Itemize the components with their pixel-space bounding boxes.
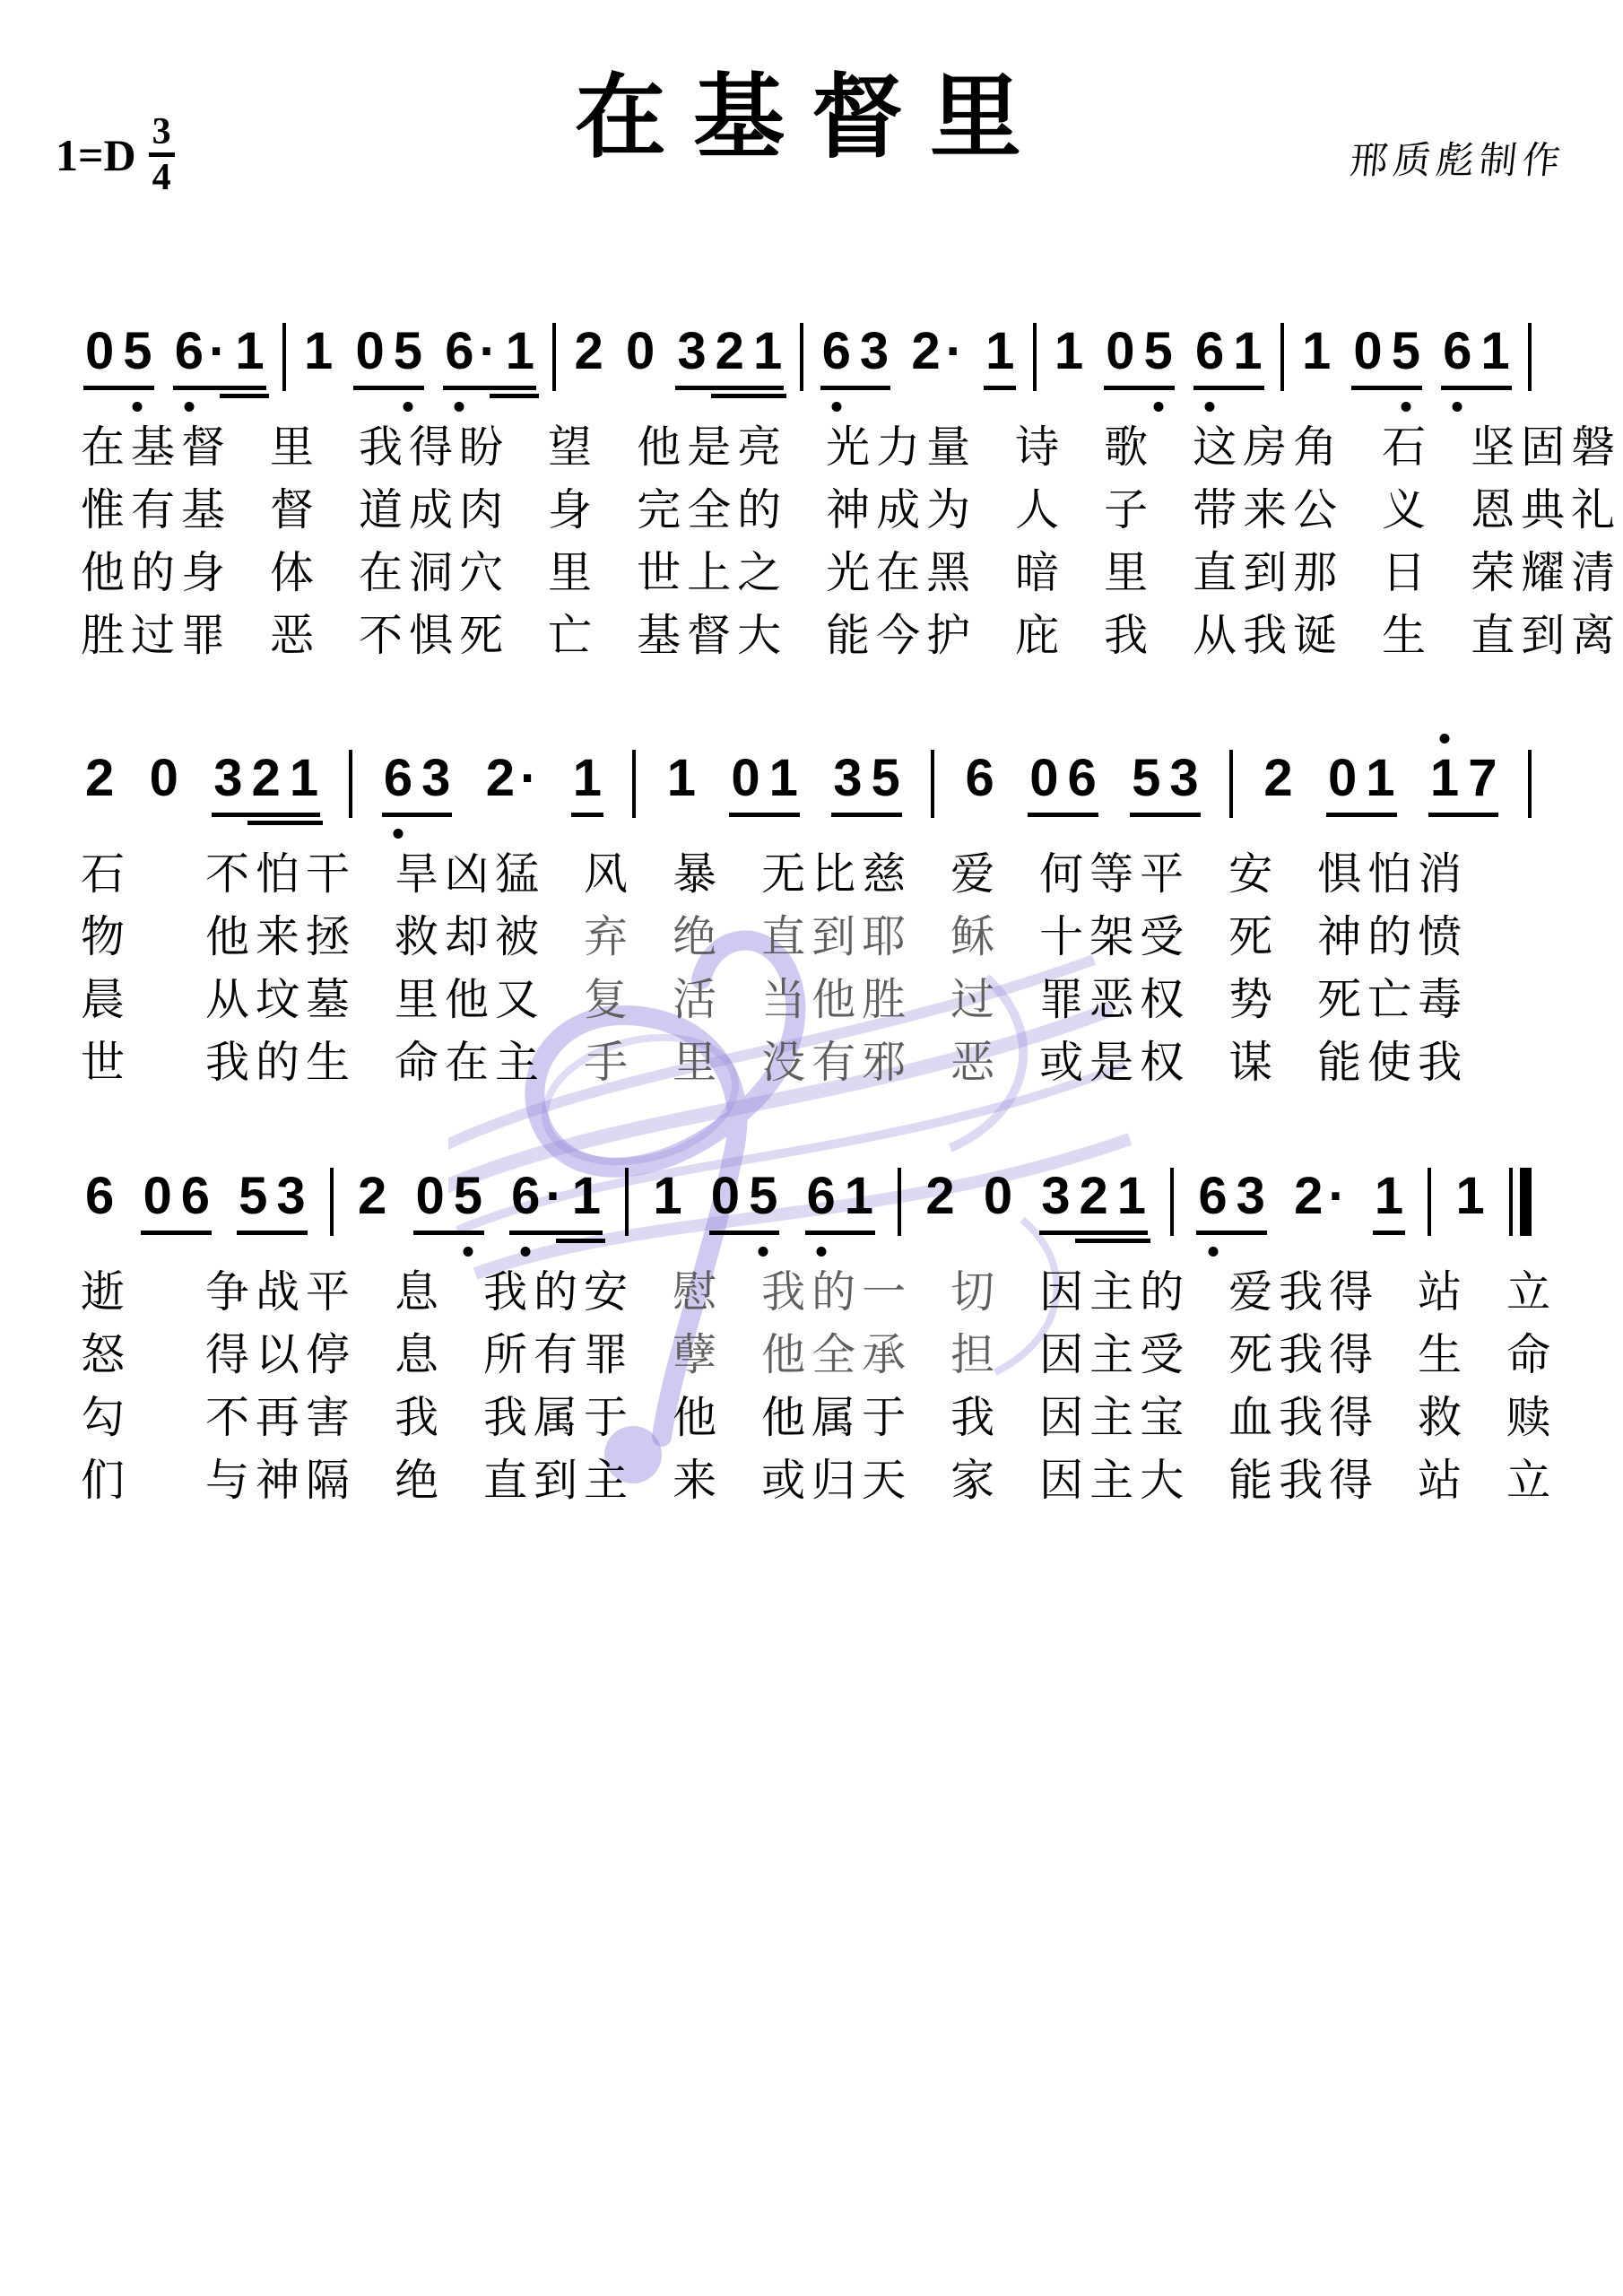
note-digit: 1 bbox=[1233, 323, 1262, 380]
jianpu-note: 5 bbox=[867, 750, 905, 807]
jianpu-note: 3 bbox=[1232, 1168, 1270, 1225]
lyric-phrase: 光在黑 bbox=[826, 542, 976, 604]
octave-dot-low bbox=[1401, 402, 1410, 412]
jianpu-note: 3 bbox=[1037, 1168, 1074, 1225]
note-digit: 2 bbox=[486, 750, 515, 807]
augmentation-dot: · bbox=[204, 323, 226, 380]
lyric-phrase: 胜过罪 bbox=[81, 604, 231, 667]
jianpu-note: 1 bbox=[1476, 323, 1514, 380]
note-digit: 1 bbox=[1366, 750, 1394, 807]
note-digit: 3 bbox=[213, 750, 242, 807]
lyric-phrase: 晨 bbox=[81, 969, 131, 1031]
augmentation-dot: · bbox=[473, 323, 496, 380]
lyric-phrase: 恶 bbox=[270, 604, 320, 667]
time-signature-numerator: 3 bbox=[149, 111, 175, 157]
jianpu-note: 0 bbox=[411, 1168, 448, 1225]
jianpu-note: 5 bbox=[744, 1168, 782, 1225]
lyric-phrase: 慰 bbox=[673, 1261, 723, 1324]
note-digit: 0 bbox=[1328, 750, 1357, 807]
lyric-phrase: 立 bbox=[1506, 1261, 1557, 1324]
jianpu-note-wrap: 2 bbox=[1259, 750, 1297, 807]
beam-line bbox=[1326, 813, 1397, 817]
note-digit: 3 bbox=[677, 323, 706, 380]
notation-line: 606532056·11056120321632·11 bbox=[81, 1164, 1532, 1225]
jianpu-note-wrap: 1 bbox=[981, 323, 1019, 380]
lyric-phrase: 们 bbox=[81, 1449, 131, 1512]
note-group: 6·1 bbox=[440, 323, 539, 380]
beam-line bbox=[83, 386, 154, 390]
lyric-phrase: 我 bbox=[1104, 604, 1154, 667]
lyric-phrase: 因主大 bbox=[1039, 1449, 1190, 1512]
jianpu-note: 0 bbox=[145, 750, 183, 807]
lyric-phrase: 立 bbox=[1506, 1449, 1557, 1512]
jianpu-note-wrap: 1 bbox=[568, 750, 606, 807]
note-digit: 0 bbox=[415, 1168, 444, 1225]
note-digit: 1 bbox=[753, 323, 782, 380]
lyric-line-verse-3: 晨从坟墓里他又复活当他胜过罪恶权势死亡毒 bbox=[81, 969, 1532, 1031]
lyric-phrase: 因主的 bbox=[1039, 1261, 1190, 1324]
lyric-phrase: 坚固磐 bbox=[1471, 416, 1621, 479]
lyric-phrase: 不怕干 bbox=[205, 843, 356, 906]
octave-dot-low bbox=[521, 1247, 531, 1257]
beam-line bbox=[382, 813, 453, 817]
jianpu-note: 6· bbox=[170, 323, 231, 380]
barline bbox=[632, 750, 636, 818]
lyric-phrase: 无比慈 bbox=[761, 843, 912, 906]
system-1: 056·11056·120321632·11056110561在基督里我得盼望他… bbox=[81, 319, 1532, 667]
note-group: 321 bbox=[673, 323, 786, 380]
jianpu-note: 1 bbox=[1451, 1168, 1488, 1225]
beam-line bbox=[984, 386, 1016, 390]
lyric-phrase: 恶 bbox=[950, 1031, 1001, 1094]
final-barline bbox=[1509, 1168, 1532, 1236]
note-group: 53 bbox=[1127, 750, 1203, 807]
barline bbox=[1033, 323, 1037, 391]
lyric-phrase: 日 bbox=[1382, 542, 1432, 604]
note-group: 05 bbox=[707, 1168, 783, 1225]
jianpu-note: 1 bbox=[285, 750, 323, 807]
jianpu-note-wrap: 1 bbox=[648, 1168, 686, 1225]
note-group: 61 bbox=[1438, 323, 1515, 380]
beam-line bbox=[141, 1231, 212, 1235]
note-digit: 1 bbox=[572, 1168, 601, 1225]
jianpu-note: 5 bbox=[1387, 323, 1425, 380]
key-tonic: 1=D bbox=[56, 129, 136, 181]
note-digit: 1 bbox=[667, 750, 696, 807]
octave-dot-low bbox=[1205, 402, 1215, 412]
augmentation-dot: · bbox=[540, 1168, 562, 1225]
lyric-line-verse-1: 逝争战平息我的安慰我的一切因主的爱我得站立 bbox=[81, 1261, 1532, 1324]
beam-line-2 bbox=[1075, 1239, 1151, 1243]
jianpu-note: 0 bbox=[1324, 750, 1361, 807]
lyric-line-verse-2: 惟有基督道成肉身完全的神成为人子带来公义恩典礼 bbox=[81, 479, 1532, 542]
barline bbox=[800, 323, 803, 391]
note-digit: 6 bbox=[807, 1168, 836, 1225]
lyric-phrase: 直到离 bbox=[1471, 604, 1621, 667]
jianpu-note-wrap: 2· bbox=[907, 323, 968, 380]
note-group: 35 bbox=[829, 750, 905, 807]
jianpu-note: 1 bbox=[1228, 323, 1266, 380]
octave-dot-low bbox=[463, 1247, 473, 1257]
jianpu-note: 5 bbox=[118, 323, 156, 380]
barline bbox=[625, 1168, 629, 1236]
note-group: 63 bbox=[379, 750, 456, 807]
lyric-phrase: 来 bbox=[673, 1449, 723, 1512]
jianpu-note: 6· bbox=[440, 323, 501, 380]
lyric-phrase: 争战平 bbox=[205, 1261, 356, 1324]
jianpu-note-wrap: 1 bbox=[299, 323, 337, 380]
jianpu-note-wrap: 1 bbox=[1370, 1168, 1408, 1225]
lyric-phrase: 所有罪 bbox=[483, 1324, 634, 1387]
note-digit: 6 bbox=[85, 1168, 114, 1225]
note-digit: 6 bbox=[384, 750, 412, 807]
note-digit: 6 bbox=[1195, 323, 1224, 380]
jianpu-note: 0 bbox=[138, 1168, 176, 1225]
jianpu-note: 3 bbox=[673, 323, 710, 380]
jianpu-note: 6 bbox=[81, 1168, 118, 1225]
lyric-phrase: 我的生 bbox=[205, 1031, 356, 1094]
jianpu-note-wrap: 0 bbox=[979, 1168, 1017, 1225]
beam-line bbox=[509, 1231, 603, 1235]
lyric-phrase: 里 bbox=[1104, 542, 1154, 604]
note-digit: 1 bbox=[845, 1168, 873, 1225]
jianpu-note: 2 bbox=[81, 750, 118, 807]
jianpu-note-wrap: 2 bbox=[921, 1168, 959, 1225]
lyric-phrase: 物 bbox=[81, 906, 131, 969]
jianpu-note: 2 bbox=[569, 323, 607, 380]
jianpu-note: 2 bbox=[711, 323, 749, 380]
note-digit: 6 bbox=[1198, 1168, 1227, 1225]
lyric-phrase: 能我得 bbox=[1228, 1449, 1379, 1512]
note-group: 61 bbox=[1191, 323, 1267, 380]
jianpu-note-wrap: 6 bbox=[81, 1168, 118, 1225]
lyric-phrase: 他全承 bbox=[761, 1324, 912, 1387]
barline bbox=[1170, 1168, 1174, 1236]
jianpu-note: 0 bbox=[621, 323, 659, 380]
jianpu-note: 6 bbox=[379, 750, 417, 807]
note-digit: 5 bbox=[872, 750, 900, 807]
note-group: 05 bbox=[1101, 323, 1177, 380]
note-group: 05 bbox=[351, 323, 427, 380]
lyric-phrase: 基督大 bbox=[637, 604, 787, 667]
barline bbox=[552, 323, 556, 391]
lyric-phrase: 赎 bbox=[1506, 1387, 1557, 1449]
beam-line-2 bbox=[220, 394, 269, 398]
lyric-phrase: 复 bbox=[584, 969, 634, 1031]
beam-line bbox=[1193, 386, 1264, 390]
lyric-phrase: 暗 bbox=[1015, 542, 1065, 604]
final-barline-thin bbox=[1509, 1168, 1513, 1236]
lyric-phrase: 石 bbox=[1382, 416, 1432, 479]
barline bbox=[1280, 323, 1284, 391]
jianpu-note: 6 bbox=[1193, 1168, 1231, 1225]
lyric-phrase: 里 bbox=[548, 542, 598, 604]
lyric-phrase: 怒 bbox=[81, 1324, 131, 1387]
jianpu-note: 6 bbox=[1063, 750, 1100, 807]
jianpu-note: 2 bbox=[1259, 750, 1297, 807]
note-digit: 5 bbox=[454, 1168, 482, 1225]
jianpu-note: 2· bbox=[1289, 1168, 1350, 1225]
jianpu-note: 3 bbox=[417, 750, 455, 807]
lyric-phrase: 命 bbox=[1506, 1324, 1557, 1387]
jianpu-note: 2 bbox=[921, 1168, 959, 1225]
note-digit: 5 bbox=[239, 1168, 267, 1225]
octave-dot-low bbox=[133, 402, 143, 412]
note-group: 53 bbox=[234, 1168, 310, 1225]
jianpu-note: 0 bbox=[1101, 323, 1139, 380]
lyric-phrase: 逝 bbox=[81, 1261, 131, 1324]
note-digit: 2 bbox=[716, 323, 744, 380]
lyric-phrase: 能今护 bbox=[826, 604, 976, 667]
lyric-phrase: 过 bbox=[950, 969, 1001, 1031]
note-group: 6·1 bbox=[170, 323, 269, 380]
sheet-music-page: 在基督里 1=D 3 4 邢质彪制作 056·11056·120321632·1… bbox=[0, 0, 1623, 2296]
note-digit: 6 bbox=[511, 1168, 540, 1225]
jianpu-note: 1 bbox=[299, 323, 337, 380]
jianpu-note: 6 bbox=[1191, 323, 1228, 380]
note-digit: 3 bbox=[1237, 1168, 1265, 1225]
lyric-phrase: 当他胜 bbox=[761, 969, 912, 1031]
jianpu-note: 6 bbox=[818, 323, 855, 380]
lyric-phrase: 庇 bbox=[1015, 604, 1065, 667]
lyric-phrase: 十架受 bbox=[1039, 906, 1190, 969]
beam-line bbox=[1428, 813, 1499, 817]
lyric-phrase: 他 bbox=[673, 1387, 723, 1449]
lyric-phrase: 势 bbox=[1228, 969, 1279, 1031]
jianpu-note: 1 bbox=[230, 323, 268, 380]
octave-dot-low bbox=[393, 829, 403, 839]
key-signature: 1=D 3 4 bbox=[56, 111, 175, 198]
beam-line-2 bbox=[247, 821, 324, 825]
note-digit: 5 bbox=[123, 323, 152, 380]
lyric-phrase: 义 bbox=[1382, 479, 1432, 542]
note-group: 63 bbox=[818, 323, 894, 380]
lyric-line-verse-4: 世我的生命在主手里没有邪恶或是权谋能使我 bbox=[81, 1031, 1532, 1094]
time-signature: 3 4 bbox=[149, 111, 175, 198]
jianpu-note-wrap: 2 bbox=[569, 323, 607, 380]
jianpu-note: 3 bbox=[209, 750, 247, 807]
octave-dot-low bbox=[455, 402, 464, 412]
note-digit: 1 bbox=[1455, 1168, 1484, 1225]
beam-line bbox=[1104, 386, 1175, 390]
lyric-line-verse-2: 物他来拯救却被弃绝直到耶稣十架受死神的愤 bbox=[81, 906, 1532, 969]
lyric-phrase: 他来拯 bbox=[205, 906, 356, 969]
note-group: 06 bbox=[1025, 750, 1101, 807]
jianpu-note: 5 bbox=[1140, 323, 1177, 380]
beam-line bbox=[443, 386, 536, 390]
jianpu-note: 3 bbox=[1165, 750, 1202, 807]
jianpu-note: 0 bbox=[726, 750, 764, 807]
octave-dot-low bbox=[1208, 1247, 1218, 1257]
note-group: 63 bbox=[1193, 1168, 1270, 1225]
beam-line bbox=[729, 813, 800, 817]
jianpu-note: 1 bbox=[765, 750, 803, 807]
lyric-phrase: 我 bbox=[950, 1387, 1001, 1449]
notation-line: 056·11056·120321632·11056110561 bbox=[81, 319, 1532, 380]
lyric-phrase: 我的一 bbox=[761, 1261, 912, 1324]
lyric-phrase: 生 bbox=[1418, 1324, 1468, 1387]
note-digit: 5 bbox=[749, 1168, 777, 1225]
lyric-phrase: 风 bbox=[584, 843, 634, 906]
note-digit: 2 bbox=[1294, 1168, 1323, 1225]
lyric-phrase: 息 bbox=[395, 1261, 445, 1324]
lyric-phrase: 光力量 bbox=[826, 416, 976, 479]
note-digit: 1 bbox=[1375, 1168, 1403, 1225]
lyric-phrase: 死 bbox=[1228, 906, 1279, 969]
lyric-line-verse-1: 在基督里我得盼望他是亮光力量诗歌这房角石坚固磐 bbox=[81, 416, 1532, 479]
lyric-phrase: 直到主 bbox=[483, 1449, 634, 1512]
jianpu-note: 1 bbox=[749, 323, 786, 380]
barline bbox=[1428, 1168, 1431, 1236]
note-digit: 2 bbox=[1080, 1168, 1108, 1225]
lyric-phrase: 在基督 bbox=[81, 416, 231, 479]
lyric-phrase: 弃 bbox=[584, 906, 634, 969]
jianpu-note: 5 bbox=[389, 323, 427, 380]
jianpu-note: 3 bbox=[829, 750, 866, 807]
jianpu-note: 1 bbox=[648, 1168, 686, 1225]
lyric-phrase: 家 bbox=[950, 1449, 1001, 1512]
jianpu-note: 0 bbox=[1025, 750, 1063, 807]
lyric-phrase: 完全的 bbox=[637, 479, 787, 542]
note-digit: 6 bbox=[1067, 750, 1096, 807]
beam-line bbox=[173, 386, 266, 390]
beam-line bbox=[1028, 813, 1098, 817]
note-digit: 0 bbox=[711, 1168, 740, 1225]
note-digit: 6 bbox=[175, 323, 204, 380]
lyric-phrase: 神的愤 bbox=[1317, 906, 1468, 969]
lyric-phrase: 生 bbox=[1382, 604, 1432, 667]
lyric-phrase: 救却被 bbox=[395, 906, 545, 969]
octave-dot-low bbox=[816, 1247, 826, 1257]
octave-dot-low bbox=[1153, 402, 1163, 412]
jianpu-note: 0 bbox=[979, 1168, 1017, 1225]
note-digit: 2 bbox=[85, 750, 114, 807]
lyric-line-verse-3: 他的身体在洞穴里世上之光在黑暗里直到那日荣耀清 bbox=[81, 542, 1532, 604]
jianpu-note-wrap: 6 bbox=[961, 750, 999, 807]
lyric-phrase: 道成肉 bbox=[359, 479, 509, 542]
time-signature-denominator: 4 bbox=[152, 157, 171, 198]
jianpu-note: 1 bbox=[1050, 323, 1088, 380]
note-digit: 1 bbox=[769, 750, 798, 807]
lyric-line-verse-4: 们与神隔绝直到主来或归天家因主大能我得站立 bbox=[81, 1449, 1532, 1512]
beam-line bbox=[1441, 386, 1512, 390]
octave-dot-low bbox=[759, 1247, 768, 1257]
note-digit: 1 bbox=[506, 323, 534, 380]
note-digit: 3 bbox=[1041, 1168, 1070, 1225]
lyric-phrase: 里 bbox=[673, 1031, 723, 1094]
note-digit: 1 bbox=[290, 750, 318, 807]
lyric-phrase: 血我得 bbox=[1228, 1387, 1379, 1449]
note-group: 05 bbox=[411, 1168, 487, 1225]
lyric-phrase: 勾 bbox=[81, 1387, 131, 1449]
note-digit: 1 bbox=[985, 323, 1014, 380]
lyric-phrase: 担 bbox=[950, 1324, 1001, 1387]
lyric-phrase: 稣 bbox=[950, 906, 1001, 969]
note-digit: 0 bbox=[1106, 323, 1134, 380]
lyric-phrase: 体 bbox=[270, 542, 320, 604]
jianpu-note: 6 bbox=[1438, 323, 1476, 380]
jianpu-note-wrap: 1 bbox=[1050, 323, 1088, 380]
jianpu-note-wrap: 0 bbox=[621, 323, 659, 380]
lyric-phrase: 我属于 bbox=[483, 1387, 634, 1449]
jianpu-note: 1 bbox=[501, 323, 539, 380]
note-group: 01 bbox=[1324, 750, 1400, 807]
jianpu-note: 2 bbox=[1075, 1168, 1113, 1225]
lyric-phrase: 不再害 bbox=[205, 1387, 356, 1449]
lyric-phrase: 神成为 bbox=[826, 479, 976, 542]
note-group: 05 bbox=[1349, 323, 1425, 380]
note-digit: 2 bbox=[925, 1168, 954, 1225]
jianpu-note: 2· bbox=[482, 750, 542, 807]
note-digit: 1 bbox=[1430, 750, 1459, 807]
jianpu-note: 1 bbox=[663, 750, 700, 807]
note-digit: 0 bbox=[1353, 323, 1382, 380]
lyric-phrase: 或归天 bbox=[761, 1449, 912, 1512]
lyric-phrase: 手 bbox=[584, 1031, 634, 1094]
augmentation-dot: · bbox=[515, 750, 537, 807]
octave-dot-low bbox=[1453, 402, 1462, 412]
note-digit: 3 bbox=[1169, 750, 1198, 807]
note-digit: 2 bbox=[358, 1168, 386, 1225]
augmentation-dot: · bbox=[1323, 1168, 1345, 1225]
lyric-phrase: 荣耀清 bbox=[1471, 542, 1621, 604]
lyric-phrase: 安 bbox=[1228, 843, 1279, 906]
note-digit: 3 bbox=[833, 750, 862, 807]
lyric-phrase: 站 bbox=[1418, 1449, 1468, 1512]
jianpu-note: 1 bbox=[1113, 1168, 1150, 1225]
note-digit: 3 bbox=[421, 750, 450, 807]
lyric-phrase: 谋 bbox=[1228, 1031, 1279, 1094]
beam-line bbox=[413, 1231, 484, 1235]
jianpu-note-wrap: 2 bbox=[353, 1168, 391, 1225]
barline bbox=[330, 1168, 334, 1236]
jianpu-note-wrap: 2· bbox=[482, 750, 542, 807]
beam-line-2 bbox=[490, 394, 539, 398]
note-digit: 1 bbox=[573, 750, 602, 807]
octave-dot-high bbox=[1440, 734, 1450, 744]
jianpu-note: 2 bbox=[247, 750, 285, 807]
note-digit: 7 bbox=[1468, 750, 1497, 807]
lyric-phrase: 旱凶猛 bbox=[395, 843, 545, 906]
jianpu-note: 5 bbox=[234, 1168, 272, 1225]
system-3: 606532056·11056120321632·11逝争战平息我的安慰我的一切… bbox=[81, 1164, 1532, 1512]
note-digit: 5 bbox=[1144, 323, 1173, 380]
jianpu-note: 5 bbox=[449, 1168, 487, 1225]
jianpu-note: 6· bbox=[507, 1168, 568, 1225]
lyric-phrase: 死我得 bbox=[1228, 1324, 1379, 1387]
note-digit: 1 bbox=[1480, 323, 1509, 380]
augmentation-dot: · bbox=[941, 323, 963, 380]
barline bbox=[898, 1168, 901, 1236]
jianpu-note: 3 bbox=[272, 1168, 309, 1225]
lyric-phrase: 亡 bbox=[548, 604, 598, 667]
barline bbox=[931, 750, 934, 818]
note-digit: 6 bbox=[1443, 323, 1471, 380]
beam-line-2 bbox=[556, 1239, 605, 1243]
lyric-phrase: 我的安 bbox=[483, 1261, 634, 1324]
note-group: 05 bbox=[81, 323, 157, 380]
jianpu-note-wrap: 1 bbox=[1451, 1168, 1488, 1225]
beam-line bbox=[1351, 386, 1422, 390]
note-group: 321 bbox=[1037, 1168, 1150, 1225]
note-digit: 0 bbox=[355, 323, 384, 380]
jianpu-note-wrap: 2 bbox=[81, 750, 118, 807]
jianpu-note: 0 bbox=[1349, 323, 1386, 380]
lyric-phrase: 不惧死 bbox=[359, 604, 509, 667]
lyric-line-verse-4: 胜过罪恶不惧死亡基督大能今护庇我从我诞生直到离 bbox=[81, 604, 1532, 667]
barline bbox=[1229, 750, 1233, 818]
lyric-line-verse-1: 石不怕干旱凶猛风暴无比慈爱何等平安惧怕消 bbox=[81, 843, 1532, 906]
